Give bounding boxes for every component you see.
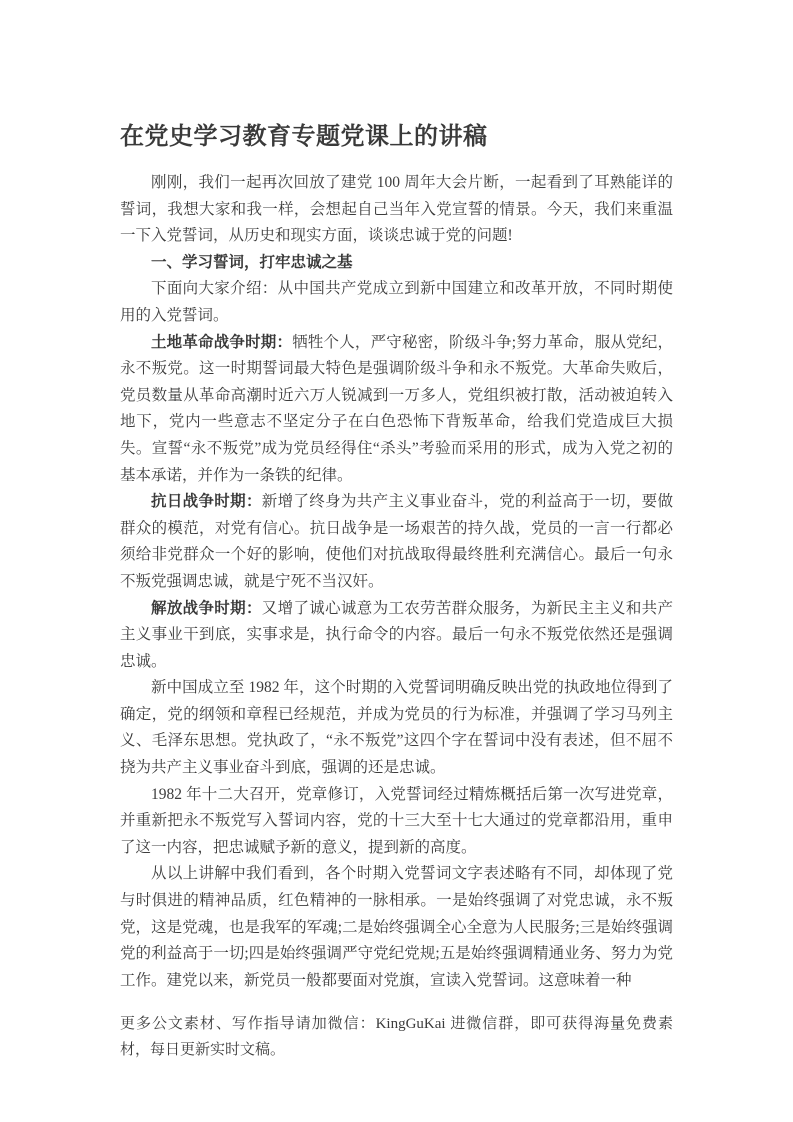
paragraph-lead: 解放战争时期： (151, 600, 262, 617)
paragraph: 下面向大家介绍：从中国共产党成立到新中国建立和改革开放，不同时期使用的入党誓词。 (120, 276, 673, 329)
paragraph-lead: 土地革命战争时期： (151, 334, 292, 351)
footer-note: 更多公文素材、写作指导请加微信：KingGuKai 进微信群，即可获得海量免费素… (120, 1011, 673, 1063)
paragraph: 刚刚，我们一起再次回放了建党 100 周年大会片断，一起看到了耳熟能详的誓词，我… (120, 170, 673, 250)
document-page: 在党史学习教育专题党课上的讲稿 刚刚，我们一起再次回放了建党 100 周年大会片… (0, 0, 793, 1122)
paragraph: 从以上讲解中我们看到，各个时期入党誓词文字表述略有不同，却体现了党与时俱进的精神… (120, 861, 673, 994)
section-heading: 一、学习誓词，打牢忠诚之基 (120, 250, 673, 277)
paragraph: 土地革命战争时期：牺牲个人，严守秘密，阶级斗争;努力革命，服从党纪，永不叛党。这… (120, 330, 673, 490)
paragraph-lead: 抗日战争时期： (151, 493, 262, 510)
paragraph: 解放战争时期：又增了诚心诚意为工农劳苦群众服务，为新民主主义和共产主义事业干到底… (120, 596, 673, 676)
document-title: 在党史学习教育专题党课上的讲稿 (120, 121, 673, 152)
paragraph: 抗日战争时期：新增了终身为共产主义事业奋斗，党的利益高于一切，要做群众的模范，对… (120, 489, 673, 595)
paragraph: 1982 年十二大召开，党章修订，入党誓词经过精炼概括后第一次写进党章，并重新把… (120, 782, 673, 862)
paragraph: 新中国成立至 1982 年，这个时期的入党誓词明确反映出党的执政地位得到了确定，… (120, 675, 673, 781)
document-body: 刚刚，我们一起再次回放了建党 100 周年大会片断，一起看到了耳熟能详的誓词，我… (120, 170, 673, 994)
